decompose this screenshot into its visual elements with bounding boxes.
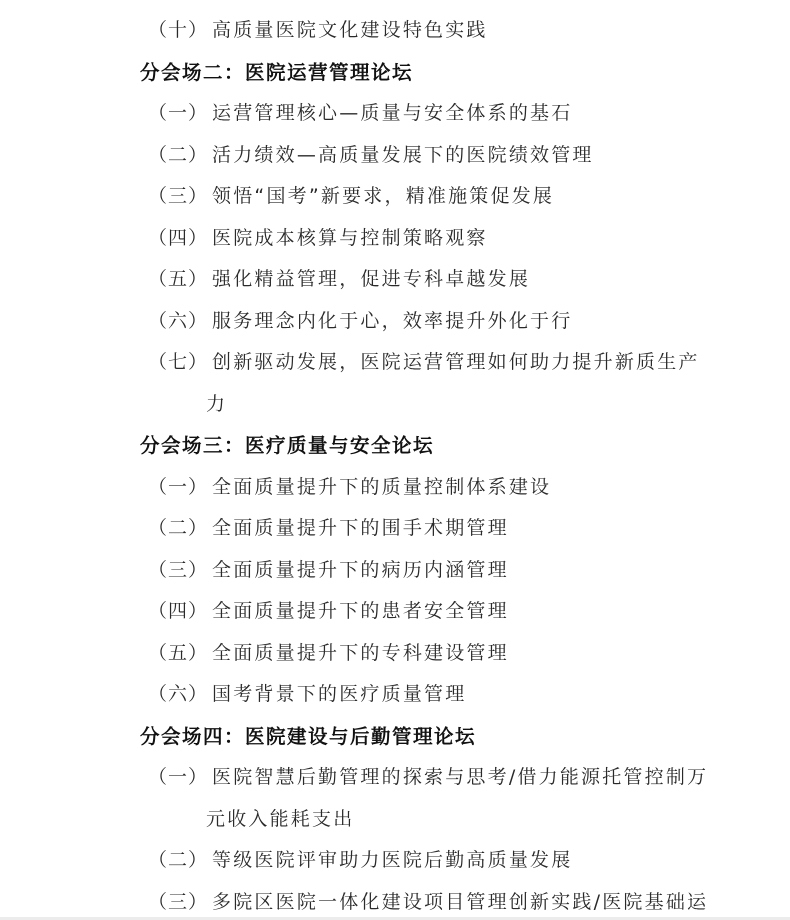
item-number: （二） [148, 508, 208, 550]
list-item: （二）等级医院评审助力医院后勤高质量发展 [140, 840, 720, 882]
section-heading-forum-4: 分会场四：医院建设与后勤管理论坛 [140, 716, 720, 758]
item-number: （五） [148, 259, 208, 301]
list-item: （二）活力绩效—高质量发展下的医院绩效管理 [140, 135, 720, 177]
list-item: （三）领悟“国考”新要求，精准施策促发展 [140, 176, 720, 218]
item-number: （三） [148, 882, 208, 920]
item-text: 强化精益管理，促进专科卓越发展 [212, 268, 530, 290]
item-number: （一） [148, 757, 208, 799]
item-text: 多院区医院一体化建设项目管理创新实践/医院基础运 [212, 891, 708, 913]
item-number: （六） [148, 301, 208, 343]
document-page: （十）高质量医院文化建设特色实践 分会场二：医院运营管理论坛 （一）运营管理核心… [0, 0, 790, 917]
item-number: （三） [148, 176, 208, 218]
list-item: （五）强化精益管理，促进专科卓越发展 [140, 259, 720, 301]
item-text: 活力绩效—高质量发展下的医院绩效管理 [212, 144, 594, 166]
item-number: （五） [148, 633, 208, 675]
list-item: （六）国考背景下的医疗质量管理 [140, 674, 720, 716]
list-item: （一）全面质量提升下的质量控制体系建设 [140, 467, 720, 509]
list-item: （一）运营管理核心—质量与安全体系的基石 [140, 93, 720, 135]
item-number: （一） [148, 467, 208, 509]
list-item: （二）全面质量提升下的围手术期管理 [140, 508, 720, 550]
item-number: （二） [148, 135, 208, 177]
item-text: 全面质量提升下的病历内涵管理 [212, 559, 509, 581]
list-item: （十）高质量医院文化建设特色实践 [140, 10, 720, 52]
item-text: 医院成本核算与控制策略观察 [212, 227, 488, 249]
item-text: 全面质量提升下的患者安全管理 [212, 600, 509, 622]
item-number: （四） [148, 218, 208, 260]
item-text: 国考背景下的医疗质量管理 [212, 683, 466, 705]
list-item: （七）创新驱动发展，医院运营管理如何助力提升新质生产 [140, 342, 720, 384]
item-text: 领悟“国考”新要求，精准施策促发展 [212, 185, 554, 207]
item-number: （四） [148, 591, 208, 633]
item-number: （十） [148, 10, 208, 52]
section-heading-forum-3: 分会场三：医疗质量与安全论坛 [140, 425, 720, 467]
item-number: （二） [148, 840, 208, 882]
item-text: 全面质量提升下的专科建设管理 [212, 642, 509, 664]
list-item: （三）多院区医院一体化建设项目管理创新实践/医院基础运 [140, 882, 720, 920]
item-number: （一） [148, 93, 208, 135]
item-text: 高质量医院文化建设特色实践 [212, 19, 488, 41]
item-text: 医院智慧后勤管理的探索与思考/借力能源托管控制万 [212, 766, 708, 788]
list-item-continuation: 元收入能耗支出 [140, 799, 720, 841]
item-number: （六） [148, 674, 208, 716]
item-number: （三） [148, 550, 208, 592]
list-item: （五）全面质量提升下的专科建设管理 [140, 633, 720, 675]
list-item: （四）医院成本核算与控制策略观察 [140, 218, 720, 260]
list-item: （四）全面质量提升下的患者安全管理 [140, 591, 720, 633]
list-item: （六）服务理念内化于心，效率提升外化于行 [140, 301, 720, 343]
item-number: （七） [148, 342, 208, 384]
item-text: 服务理念内化于心，效率提升外化于行 [212, 310, 572, 332]
item-text: 全面质量提升下的质量控制体系建设 [212, 476, 551, 498]
list-item-continuation: 力 [140, 384, 720, 426]
item-text: 运营管理核心—质量与安全体系的基石 [212, 102, 572, 124]
list-item: （三）全面质量提升下的病历内涵管理 [140, 550, 720, 592]
section-heading-forum-2: 分会场二：医院运营管理论坛 [140, 52, 720, 94]
item-text: 全面质量提升下的围手术期管理 [212, 517, 509, 539]
item-text: 创新驱动发展，医院运营管理如何助力提升新质生产 [212, 351, 700, 373]
document-content: （十）高质量医院文化建设特色实践 分会场二：医院运营管理论坛 （一）运营管理核心… [140, 10, 720, 920]
item-text: 等级医院评审助力医院后勤高质量发展 [212, 849, 572, 871]
list-item: （一）医院智慧后勤管理的探索与思考/借力能源托管控制万 [140, 757, 720, 799]
